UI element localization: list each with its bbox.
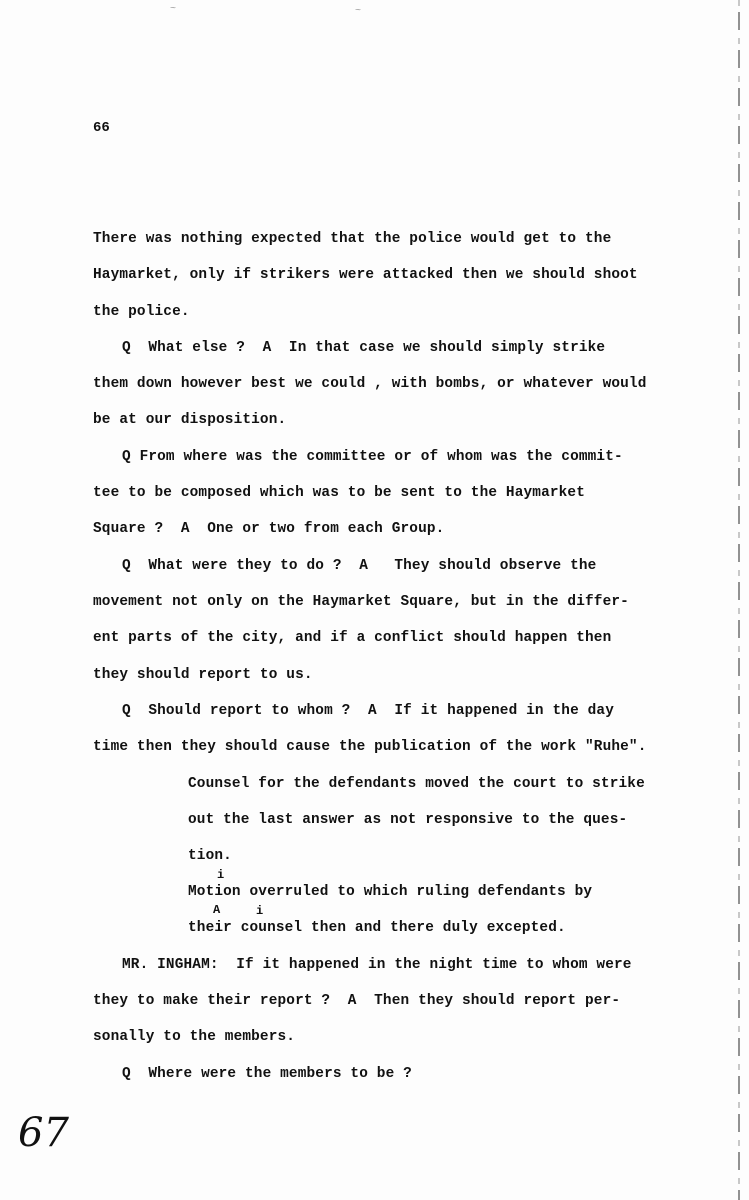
text-line: them down however best we could , with b… <box>93 377 647 391</box>
text-line: their counsel then and there duly except… <box>188 921 566 935</box>
text-line: the police. <box>93 305 190 319</box>
text-line: tee to be composed which was to be sent … <box>93 486 585 500</box>
page-number: 66 <box>93 120 110 136</box>
text-line: Haymarket, only if strikers were attacke… <box>93 268 638 282</box>
text-line: be at our disposition. <box>93 413 286 427</box>
handwritten-page-number: 67 <box>18 1110 69 1156</box>
text-line: they to make their report ? A Then they … <box>93 994 620 1008</box>
annotation-mark: A <box>213 903 220 917</box>
scan-mark: ~ <box>355 6 361 17</box>
text-line: Counsel for the defendants moved the cou… <box>188 777 645 791</box>
text-line: Square ? A One or two from each Group. <box>93 522 444 536</box>
text-line: tion. <box>188 849 232 863</box>
annotation-mark: i <box>256 904 263 918</box>
scan-mark: ~ <box>170 4 176 15</box>
annotation-mark: i <box>217 868 224 882</box>
page-edge <box>738 0 740 1200</box>
text-line: MR. INGHAM: If it happened in the night … <box>122 958 632 972</box>
text-line: Q What else ? A In that case we should s… <box>122 341 605 355</box>
text-line: Q From where was the committee or of who… <box>122 450 623 464</box>
text-line: Q Should report to whom ? A If it happen… <box>122 704 614 718</box>
text-line: Motion overruled to which ruling defenda… <box>188 885 592 899</box>
text-line: movement not only on the Haymarket Squar… <box>93 595 629 609</box>
text-line: ent parts of the city, and if a conflict… <box>93 631 611 645</box>
text-line: There was nothing expected that the poli… <box>93 232 611 246</box>
text-line: Q What were they to do ? A They should o… <box>122 559 596 573</box>
text-line: out the last answer as not responsive to… <box>188 813 627 827</box>
text-line: sonally to the members. <box>93 1030 295 1044</box>
text-line: time then they should cause the publicat… <box>93 740 647 754</box>
text-line: they should report to us. <box>93 668 313 682</box>
text-line: Q Where were the members to be ? <box>122 1067 412 1081</box>
